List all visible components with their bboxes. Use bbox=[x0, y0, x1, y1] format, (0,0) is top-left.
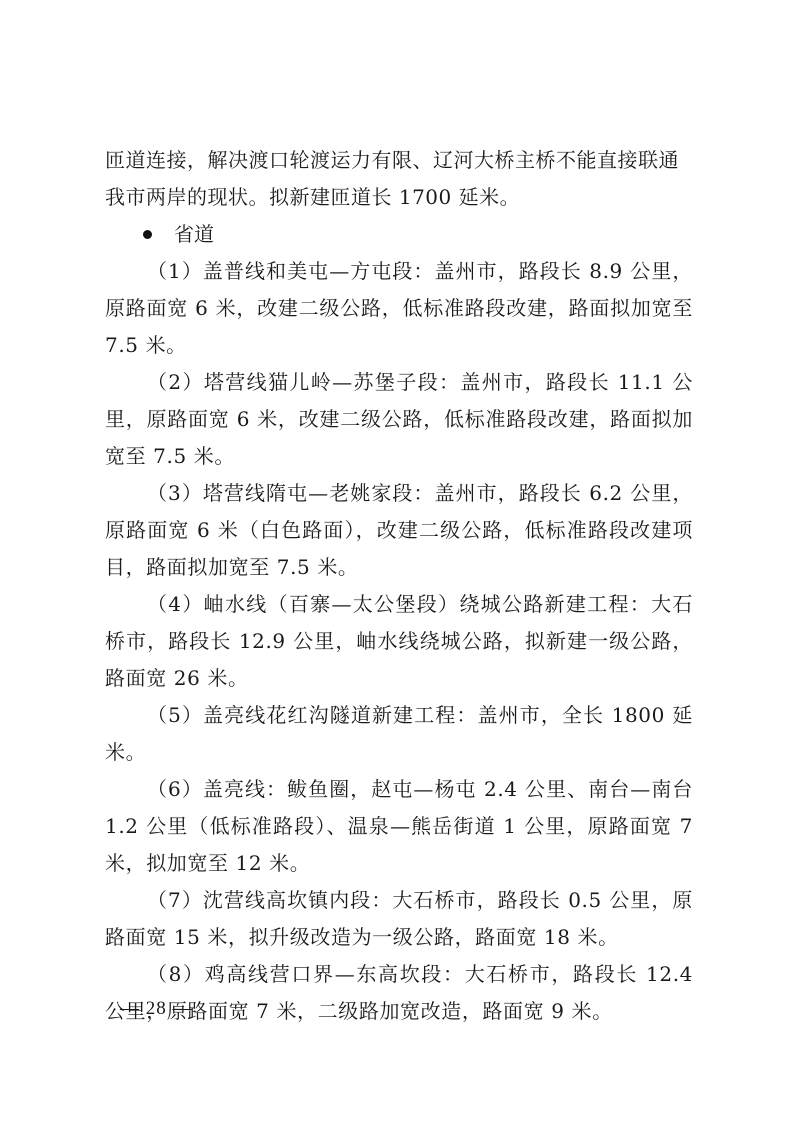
section-heading-label: 省道 bbox=[174, 216, 214, 253]
list-item: （1）盖普线和美屯—方屯段：盖州市，路段长 8.9 公里，原路面宽 6 米，改建… bbox=[105, 253, 693, 364]
list-item: （7）沈营线高坎镇内段：大石桥市，路段长 0.5 公里，原路面宽 15 米，拟升… bbox=[105, 882, 693, 956]
section-heading: 省道 bbox=[105, 216, 693, 253]
page-number: — 28 — bbox=[120, 998, 193, 1020]
list-item: （6）盖亮线：鲅鱼圈，赵屯—杨屯 2.4 公里、南台—南台 1.2 公里（低标准… bbox=[105, 771, 693, 882]
document-page: 匝道连接，解决渡口轮渡运力有限、辽河大桥主桥不能直接联通 我市两岸的现状。拟新建… bbox=[105, 142, 693, 1030]
list-item: （8）鸡高线营口界—东高坎段：大石桥市，路段长 12.4 公里，原路面宽 7 米… bbox=[105, 956, 693, 1030]
intro-line-1: 匝道连接，解决渡口轮渡运力有限、辽河大桥主桥不能直接联通 bbox=[105, 142, 693, 179]
list-item: （4）岫水线（百寨—太公堡段）绕城公路新建工程：大石桥市，路段长 12.9 公里… bbox=[105, 586, 693, 697]
bullet-icon bbox=[143, 230, 152, 239]
list-item: （3）塔营线隋屯—老姚家段：盖州市，路段长 6.2 公里，原路面宽 6 米（白色… bbox=[105, 475, 693, 586]
list-item: （5）盖亮线花红沟隧道新建工程：盖州市，全长 1800 延米。 bbox=[105, 697, 693, 771]
intro-line-2: 我市两岸的现状。拟新建匝道长 1700 延米。 bbox=[105, 179, 693, 216]
list-item: （2）塔营线猫儿岭—苏堡子段：盖州市，路段长 11.1 公里，原路面宽 6 米，… bbox=[105, 364, 693, 475]
